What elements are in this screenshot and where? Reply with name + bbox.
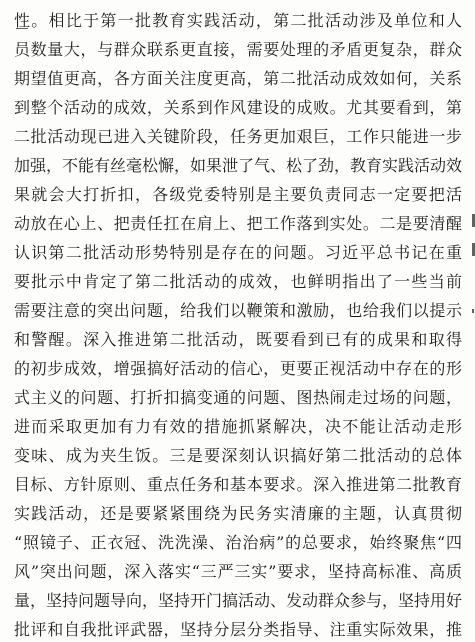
text-line: 进而采取更加有力有效的措施抓紧解决，决不能让活动走形 (14, 412, 462, 441)
text-line: 变味、成为夹生饭。三是要深刻认识搞好第二批活动的总体 (14, 441, 462, 470)
text-line: 目标、方针原则、重点任务和基本要求。深入推进第二批教育 (14, 470, 462, 499)
page-text: 性。相比于第一批教育实践活动，第二批活动涉及单位和人员数量大，与群众联系更直接，… (14, 6, 462, 642)
text-line: 量，坚持问题导向，坚持开门搞活动、发动群众参与，坚持用好 (14, 586, 462, 615)
text-line: 果就会大打折扣，各级党委特别是主要负责同志一定要把活 (14, 180, 462, 209)
document-page: 性。相比于第一批教育实践活动，第二批活动涉及单位和人员数量大，与群众联系更直接，… (0, 0, 475, 642)
text-line: 性。相比于第一批教育实践活动，第二批活动涉及单位和人 (14, 6, 462, 35)
text-line: 动放在心上、把责任扛在肩上、把工作落到实处。二是要清醒 (14, 209, 462, 238)
text-line: 的初步成效，增强搞好活动的信心，更要正视活动中存在的形 (14, 354, 462, 383)
text-line: 认识第二批活动形势特别是存在的问题。习近平总书记在重 (14, 238, 462, 267)
scan-artifact-edge-fragment (472, 309, 474, 313)
text-line: 需要注意的突出问题，给我们以鞭策和激励，也给我们以提示 (14, 296, 462, 325)
text-line: 式主义的问题、打折扣搞变通的问题、图热闹走过场的问题， (14, 383, 462, 412)
text-line: 加强，不能有丝毫松懈，如果泄了气、松了劲，教育实践活动效 (14, 151, 462, 180)
text-line: 二批活动现已进入关键阶段，任务更加艰巨，工作只能进一步 (14, 122, 462, 151)
text-line: 期望值更高，各方面关注度更高，第二批活动成效如何，关系 (14, 64, 462, 93)
text-line: 风”突出问题，深入落实“三严三实”要求，坚持高标准、高质 (14, 557, 462, 586)
text-line: 员数量大，与群众联系更直接，需要处理的矛盾更复杂，群众 (14, 35, 462, 64)
text-line: 批评和自我批评武器，坚持分层分类指导、注重实际效果，推 (14, 615, 462, 642)
text-line: 要批示中肯定了第二批活动的成效，也鲜明指出了一些当前 (14, 267, 462, 296)
scan-artifact-underline (16, 28, 28, 29)
text-line: 实践活动，还是要紧紧围绕为民务实清廉的主题，认真贯彻 (14, 499, 462, 528)
text-line: 到整个活动的成效，关系到作风建设的成败。尤其要看到，第 (14, 93, 462, 122)
text-line: 和警醒。深入推进第二批活动，既要看到已有的成果和取得 (14, 325, 462, 354)
text-line: “照镜子、正衣冠、洗洗澡、治治病”的总要求，始终聚焦“四 (14, 528, 462, 557)
